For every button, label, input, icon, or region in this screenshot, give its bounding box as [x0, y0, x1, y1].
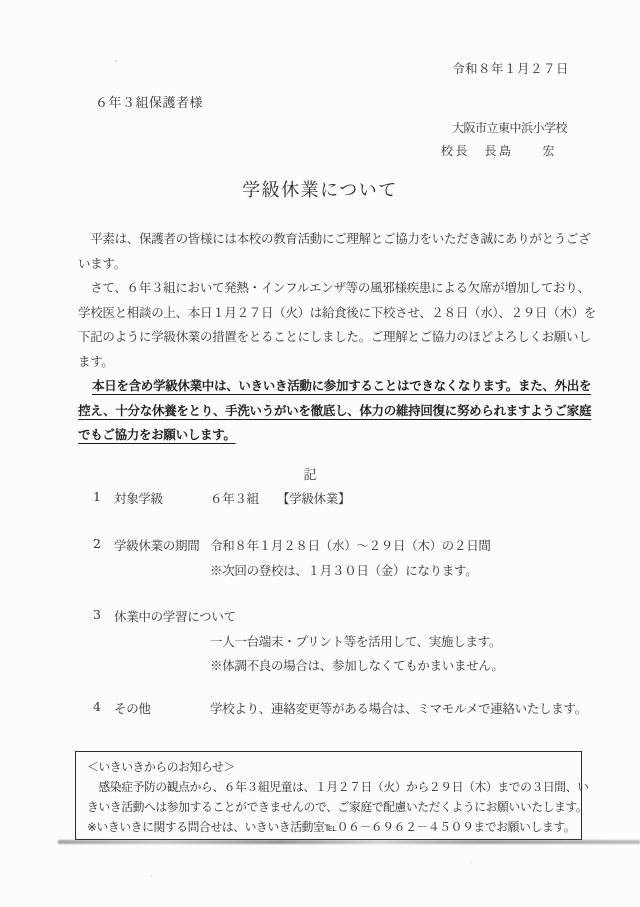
item-value: ６年３組 【学級休業】 — [210, 489, 350, 507]
emphasis-line: でもご協力をお願いします。 — [78, 423, 578, 448]
notice-heading: ＜いきいきからのお知らせ＞ — [87, 757, 570, 777]
list-item-4: 4 その他 学校より、連絡変更等がある場合は、ミマモルメで連絡いたします。 — [0, 699, 640, 721]
item-number: 1 — [93, 489, 101, 504]
list-item-3-note: ※体調不良の場合は、参加しなくてもかまいません。 — [0, 656, 640, 678]
announcement-line: さて、６年３組において発熱・インフルエンザ等の風邪様疾患による欠席が増加しており… — [78, 276, 578, 301]
announcement-line: ます。 — [78, 350, 578, 375]
addressee: ６年３組保護者様 — [95, 92, 203, 111]
notice-line: きいき活動へは参加することができませんので、ご家庭で配慮いただくようにお願いいた… — [87, 797, 570, 817]
item-number: 2 — [93, 536, 101, 551]
record-marker: 記 — [0, 464, 620, 483]
item-label: 学級休業の期間 — [114, 536, 199, 554]
emphasis-text: 本日を含め学級休業中は、いきいき活動に参加することはできなくなります。また、外出… — [92, 378, 591, 393]
list-item-3-detail: 一人一台端末・プリント等を活用して、実施します。 — [0, 632, 640, 654]
greeting-line: 平素は、保護者の皆様には本校の教育活動にご理解とご協力をいただき誠にありがとうご… — [78, 227, 578, 252]
announcement-line: 学校医と相談の上、本日１月２７日（火）は給食後に下校させ、２８日（水）、２９日（… — [78, 301, 578, 326]
notice-line: 感染症予防の観点から、６年３組児童は、１月２７日（火）から２９日（木）までの３日… — [87, 777, 570, 797]
emphasis-line: 控え、十分な休養をとり、手洗いうがいを徹底し、体力の維持回復に努められますようご… — [78, 399, 578, 424]
greeting-line: います。 — [78, 252, 578, 277]
list-item-2: 2 学級休業の期間 令和８年１月２８日（水）～２９日（木）の２日間 — [0, 536, 640, 558]
item-value: 令和８年１月２８日（水）～２９日（木）の２日間 — [210, 536, 491, 554]
letter-date: 令和８年１月２７日 — [452, 59, 569, 77]
emphasis-text: でもご協力をお願いします。 — [78, 427, 236, 442]
scan-speck — [115, 60, 117, 62]
item-note: 一人一台端末・プリント等を活用して、実施します。 — [210, 632, 501, 650]
item-label: 休業中の学習について — [114, 607, 236, 625]
body-text: 平素は、保護者の皆様には本校の教育活動にご理解とご協力をいただき誠にありがとうご… — [78, 227, 578, 448]
scan-speck — [470, 862, 472, 864]
list-item-2-note: ※次回の登校は、１月３０日（金）になります。 — [0, 561, 640, 583]
item-value: 学校より、連絡変更等がある場合は、ミマモルメで連絡いたします。 — [210, 699, 587, 717]
ikiiki-notice-box: ＜いきいきからのお知らせ＞ 感染症予防の観点から、６年３組児童は、１月２７日（火… — [75, 751, 582, 840]
list-item-3: 3 休業中の学習について — [0, 607, 640, 629]
scan-artifact-line — [58, 840, 640, 844]
scan-speck — [150, 875, 152, 877]
item-note: ※次回の登校は、１月３０日（金）になります。 — [210, 561, 477, 579]
list-item-1: 1 対象学級 ６年３組 【学級休業】 — [0, 489, 640, 511]
item-label: その他 — [114, 699, 151, 717]
principal-name: 校長 長島 宏 — [441, 142, 557, 159]
document-title: 学級休業について — [0, 176, 640, 202]
item-number: 3 — [93, 607, 101, 622]
announcement-line: 下記のように学級休業の措置をとることにしました。ご理解とご協力のほどよろしくお願… — [78, 325, 578, 350]
item-note: ※体調不良の場合は、参加しなくてもかまいません。 — [210, 656, 504, 674]
notice-line: ※いきいきに関する問合せは、いきいき活動室℡０６－６９６２－４５０９までお願いし… — [87, 817, 570, 837]
letter-page: 令和８年１月２７日 ６年３組保護者様 大阪市立東中浜小学校 校長 長島 宏 学級… — [0, 0, 640, 907]
emphasis-text: 控え、十分な休養をとり、手洗いうがいを徹底し、体力の維持回復に努められますようご… — [78, 403, 591, 418]
emphasis-line: 本日を含め学級休業中は、いきいき活動に参加することはできなくなります。また、外出… — [78, 374, 578, 399]
item-label: 対象学級 — [114, 489, 163, 507]
item-number: 4 — [93, 699, 101, 714]
school-name: 大阪市立東中浜小学校 — [452, 119, 567, 136]
